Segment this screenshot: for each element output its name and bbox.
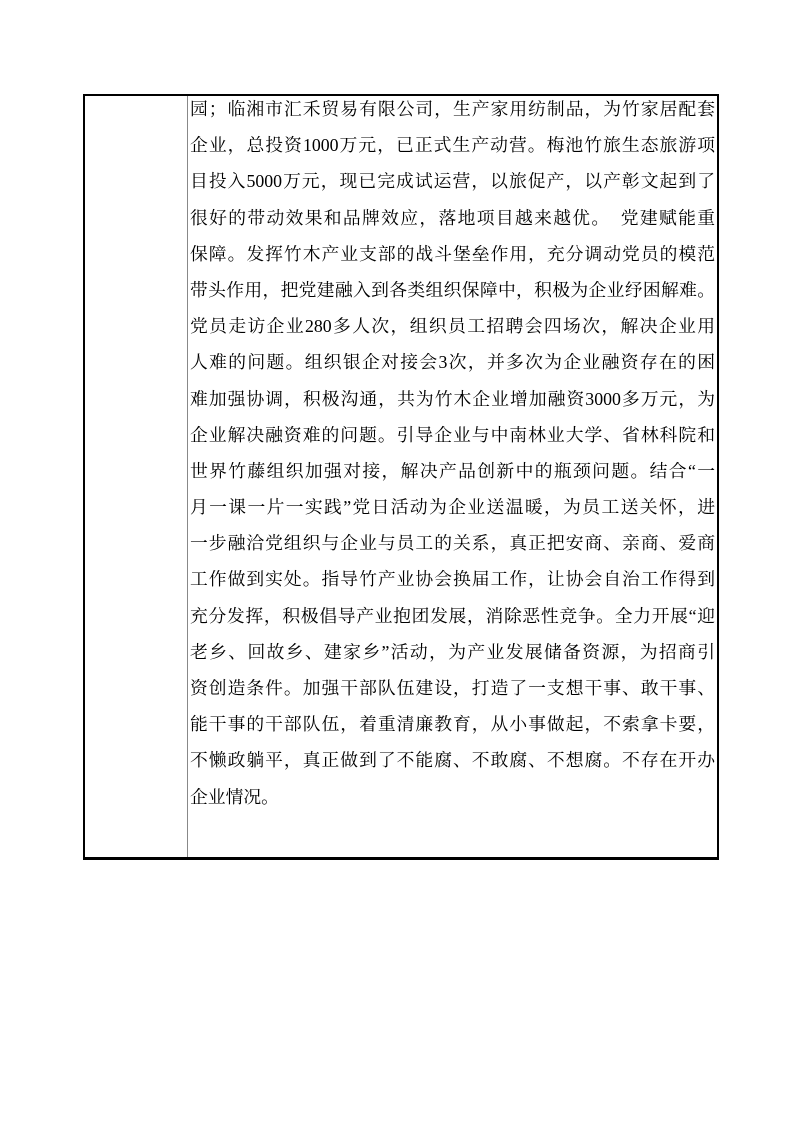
text-line: 企业，总投资1000万元，已正式生产动营。梅池竹旅生态旅游项 — [190, 127, 715, 163]
text-line: 资创造条件。加强干部队伍建设，打造了一支想干事、敢干事、 — [190, 670, 715, 706]
text-line: 企业解决融资难的问题。引导企业与中南林业大学、省林科院和 — [190, 417, 715, 453]
text-line: 党员走访企业280多人次，组织员工招聘会四场次，解决企业用 — [190, 308, 715, 344]
text-line: 很好的带动效果和品牌效应，落地项目越来越优。 党建赋能重 — [190, 200, 715, 236]
table-content-cell: 园；临湘市汇禾贸易有限公司，生产家用纺制品，为竹家居配套企业，总投资1000万元… — [188, 96, 717, 857]
text-line: 难加强协调，积极沟通，共为竹木企业增加融资3000多万元，为 — [190, 381, 715, 417]
text-line: 一步融洽党组织与企业与员工的关系，真正把安商、亲商、爱商 — [190, 525, 715, 561]
text-line: 充分发挥，积极倡导产业抱团发展，消除恶性竞争。全力开展“迎 — [190, 598, 715, 634]
content-table: 园；临湘市汇禾贸易有限公司，生产家用纺制品，为竹家居配套企业，总投资1000万元… — [83, 94, 719, 860]
text-line: 不懒政躺平，真正做到了不能腐、不敢腐、不想腐。不存在开办 — [190, 742, 715, 778]
report-text: 园；临湘市汇禾贸易有限公司，生产家用纺制品，为竹家居配套企业，总投资1000万元… — [190, 96, 715, 815]
text-line: 月一课一片一实践”党日活动为企业送温暖，为员工送关怀，进 — [190, 489, 715, 525]
text-line: 工作做到实处。指导竹产业协会换届工作，让协会自治工作得到 — [190, 561, 715, 597]
text-line: 目投入5000万元，现已完成试运营，以旅促产，以产彰文起到了 — [190, 163, 715, 199]
text-line: 园；临湘市汇禾贸易有限公司，生产家用纺制品，为竹家居配套 — [190, 96, 715, 127]
text-line: 老乡、回故乡、建家乡”活动，为产业发展储备资源，为招商引 — [190, 634, 715, 670]
text-line: 人难的问题。组织银企对接会3次，并多次为企业融资存在的困 — [190, 344, 715, 380]
text-line: 世界竹藤组织加强对接，解决产品创新中的瓶颈问题。结合“一 — [190, 453, 715, 489]
text-line: 保障。发挥竹木产业支部的战斗堡垒作用，充分调动党员的模范 — [190, 236, 715, 272]
document-page: 园；临湘市汇禾贸易有限公司，生产家用纺制品，为竹家居配套企业，总投资1000万元… — [0, 0, 794, 1122]
text-line: 带头作用，把党建融入到各类组织保障中，积极为企业纾困解难。 — [190, 272, 715, 308]
text-line: 能干事的干部队伍，着重清廉教育，从小事做起，不索拿卡要， — [190, 706, 715, 742]
table-label-cell — [85, 96, 188, 857]
text-line: 企业情况。 — [190, 779, 715, 815]
